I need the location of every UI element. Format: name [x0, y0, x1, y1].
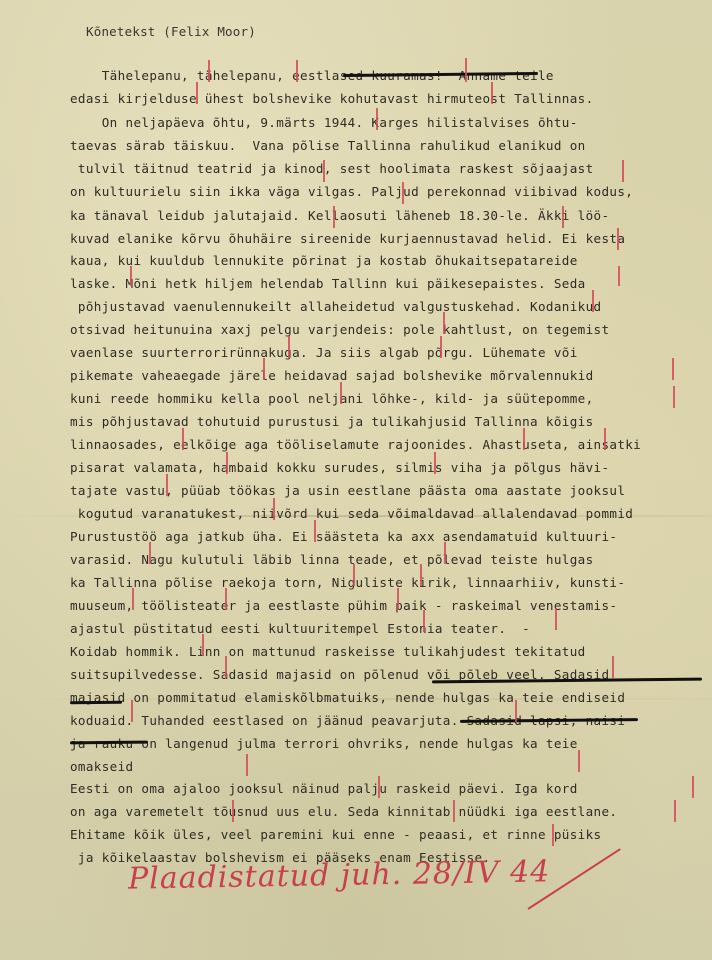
- red-edit-mark: [592, 290, 594, 312]
- red-edit-mark: [376, 108, 378, 130]
- typed-line: ka tänaval leidub jalutajaid. Kellaosuti…: [70, 208, 609, 223]
- red-edit-mark: [333, 206, 335, 228]
- typed-line: põhjustavad vaenulennukeilt allaheidetud…: [70, 299, 601, 314]
- typed-line: muuseum, töölisteater ja eestlaste pühim…: [70, 598, 617, 613]
- red-edit-mark: [444, 542, 446, 564]
- red-edit-mark: [232, 800, 234, 822]
- red-edit-mark: [246, 754, 248, 776]
- typed-line: Purustustöö aga jatkub üha. Ei säästeta …: [70, 529, 617, 544]
- red-edit-mark: [263, 358, 265, 380]
- red-edit-mark: [182, 428, 184, 450]
- red-edit-mark: [618, 266, 620, 286]
- typed-line: otsivad heitunuina xaxj pelgu varjendeis…: [70, 322, 609, 337]
- red-edit-mark: [314, 520, 316, 542]
- typed-line: Koidab hommik. Linn on mattunud raskeiss…: [70, 644, 586, 659]
- red-edit-mark: [149, 542, 151, 564]
- typed-line: Ehitame kõik üles, veel paremini kui enn…: [70, 827, 601, 842]
- red-edit-mark: [692, 776, 694, 798]
- red-edit-mark: [491, 82, 493, 104]
- typed-line: tulvil täitnud teatrid ja kinod, sest ho…: [70, 161, 594, 176]
- red-edit-mark: [402, 182, 404, 204]
- typed-line: taevas särab täiskuu. Vana põlise Tallin…: [70, 138, 586, 153]
- typed-line: ajastul püstitatud eesti kultuuritempel …: [70, 621, 530, 636]
- typed-line: linnaosades, eelkõige aga tööliselamute …: [70, 437, 641, 452]
- red-edit-mark: [288, 336, 290, 358]
- red-edit-mark: [523, 428, 525, 450]
- typed-line: kuni reede hommiku kella pool neljani lõ…: [70, 391, 594, 406]
- red-edit-mark: [208, 60, 210, 82]
- typed-line: tajate vastu, püüab töökas ja usin eestl…: [70, 483, 625, 498]
- red-edit-mark: [378, 776, 380, 798]
- red-edit-mark: [443, 312, 445, 334]
- typed-line: omakseid: [70, 759, 133, 774]
- typed-line: laske. Mõni hetk hiljem helendab Tallinn…: [70, 276, 586, 291]
- red-edit-mark: [612, 656, 614, 678]
- typed-line: pikemate vaheaegade järele heidavad saja…: [70, 368, 594, 383]
- handwritten-note: Plaadistatud juh. 28/IV 44: [128, 854, 551, 896]
- typed-line: kaua, kui kuuldub lennukite põrinat ja k…: [70, 253, 578, 268]
- typed-line: pisarat valamata, hambaid kokku surudes,…: [70, 460, 609, 475]
- typed-line: kogutud varanatukest, niivõrd kui seda v…: [70, 506, 633, 521]
- red-edit-mark: [423, 610, 425, 632]
- red-edit-mark: [672, 358, 674, 380]
- red-edit-mark: [578, 750, 580, 772]
- red-edit-mark: [562, 206, 564, 228]
- typed-line: vaenlase suurterrorirünnakuga. Ja siis a…: [70, 345, 578, 360]
- red-edit-mark: [617, 228, 619, 250]
- typed-line: kuvad elanike kõrvu õhuhäire sireenide k…: [70, 231, 625, 246]
- typed-line: Eesti on oma ajaloo jooksul näinud palju…: [70, 781, 578, 796]
- red-edit-mark: [130, 266, 132, 286]
- red-edit-mark: [340, 382, 342, 404]
- strikethrough-mark: [70, 701, 122, 705]
- red-edit-mark: [622, 160, 624, 182]
- typed-line: edasi kirjelduse ühest bolshevike kohuta…: [70, 91, 594, 106]
- document-page: Kõnetekst (Felix Moor) Tähelepanu, tähel…: [0, 0, 712, 960]
- red-edit-mark: [225, 656, 227, 678]
- red-edit-mark: [515, 700, 517, 722]
- red-edit-mark: [397, 588, 399, 610]
- red-edit-mark: [353, 564, 355, 586]
- red-edit-mark: [440, 336, 442, 358]
- typed-line: mis põhjustavad tohutuid purustusi ja tu…: [70, 414, 594, 429]
- red-edit-mark: [674, 800, 676, 822]
- typed-line: on aga varemetelt tõusnud uus elu. Seda …: [70, 804, 617, 819]
- red-edit-mark: [453, 800, 455, 822]
- document-title: Kõnetekst (Felix Moor): [86, 24, 256, 39]
- red-edit-mark: [202, 634, 204, 656]
- red-edit-mark: [420, 564, 422, 586]
- red-edit-mark: [225, 588, 227, 610]
- red-edit-mark: [604, 428, 606, 450]
- red-edit-mark: [434, 452, 436, 474]
- red-edit-mark: [131, 700, 133, 722]
- red-edit-mark: [273, 498, 275, 520]
- typed-line: On neljapäeva õhtu, 9.märts 1944. Karges…: [70, 115, 578, 130]
- typed-line: ka Tallinna põlise raekoja torn, Nigulis…: [70, 575, 625, 590]
- red-edit-mark: [673, 386, 675, 408]
- red-edit-mark: [555, 608, 557, 630]
- typed-line: on kultuurielu siin ikka väga vilgas. Pa…: [70, 184, 633, 199]
- red-edit-mark: [323, 160, 325, 182]
- red-edit-mark: [226, 452, 228, 474]
- red-edit-mark: [132, 588, 134, 610]
- red-edit-mark: [296, 60, 298, 82]
- red-edit-mark: [166, 474, 168, 496]
- red-edit-mark: [196, 82, 198, 104]
- red-edit-mark: [552, 824, 554, 846]
- red-edit-mark: [465, 58, 467, 82]
- typed-line: majasid on pommitatud elamiskõlbmatuiks,…: [70, 690, 625, 705]
